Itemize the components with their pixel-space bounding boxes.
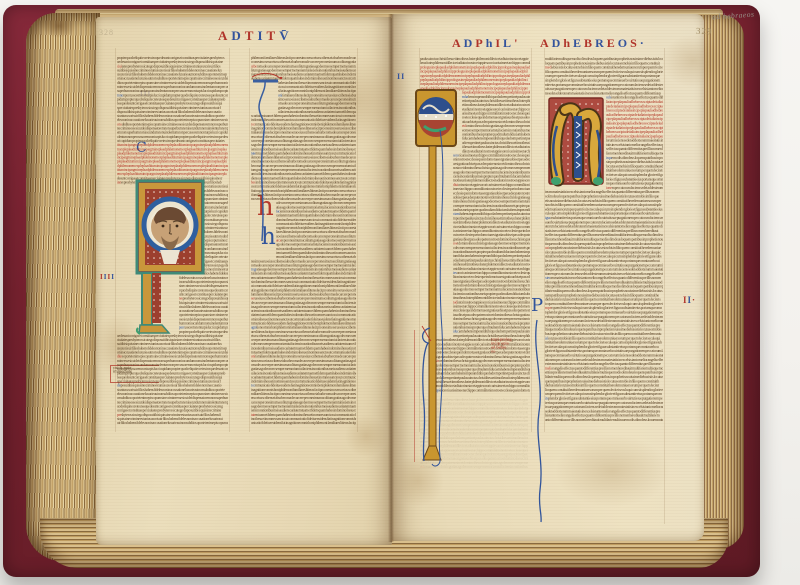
ruling-line (357, 48, 358, 432)
title-letter: h (486, 36, 496, 50)
title-letter: h (563, 36, 573, 50)
pen-initial-flourish-margin (418, 324, 438, 464)
title-letter: ' (514, 36, 520, 50)
illuminated-initial-m-hebrews (548, 96, 606, 188)
title-letter: I (495, 36, 503, 50)
title-letter: I (257, 28, 266, 43)
chapter-numeral-iiii: IIII (100, 273, 115, 281)
title-letter: A (452, 36, 464, 50)
pen-initial-t-blue (250, 72, 286, 244)
title-letter: P (475, 36, 485, 50)
ruling-line (115, 48, 116, 432)
gutter-rubric: expl prologincip eplaad hebreos· (491, 337, 531, 355)
title-letter: D (464, 36, 476, 50)
title-letter: B (584, 36, 595, 50)
title-letter: T (245, 28, 258, 43)
title-letter: R (595, 36, 607, 50)
title-letter: I (401, 72, 405, 81)
title-letter: D (231, 28, 244, 43)
title-letter: D (552, 36, 564, 50)
title-letter: O (618, 36, 630, 50)
folio-number-left: 328 (99, 28, 114, 37)
ruling-line (229, 48, 230, 432)
pencil-inscription: ad hebraeos (712, 10, 755, 22)
pen-initial-p-tail (528, 300, 548, 526)
running-title-right-philemon: ADPhIL' (452, 36, 520, 51)
title-letter: · (640, 36, 647, 50)
title-letter: T (267, 28, 280, 43)
title-letter: E (607, 36, 618, 50)
title-letter: L (503, 36, 514, 50)
photo-background: ADTITV̄ ADPhIL' ADhEBREOS· 328 329 ad he… (0, 0, 800, 585)
chapter-numeral-ii-margin: II· (683, 295, 696, 305)
folio-number-right: 329 (696, 26, 713, 37)
running-title-left: ADTITV̄ (218, 28, 293, 44)
chapter-numeral-ii-gutter: II (397, 72, 405, 81)
title-letter: A (218, 28, 231, 43)
title-letter: · (692, 295, 696, 305)
running-title-right-hebrews: ADhEBREOS· (540, 36, 647, 51)
illuminated-initial-p-paul (134, 178, 210, 336)
title-letter: E (573, 36, 584, 50)
title-letter: A (540, 36, 552, 50)
title-letter: S (630, 36, 640, 50)
ruling-line (664, 48, 665, 524)
ink-layer: ADTITV̄ ADPhIL' ADhEBREOS· 328 329 ad he… (0, 0, 800, 585)
title-letter: V̄ (279, 28, 292, 43)
rubric-line: os· (491, 349, 531, 353)
